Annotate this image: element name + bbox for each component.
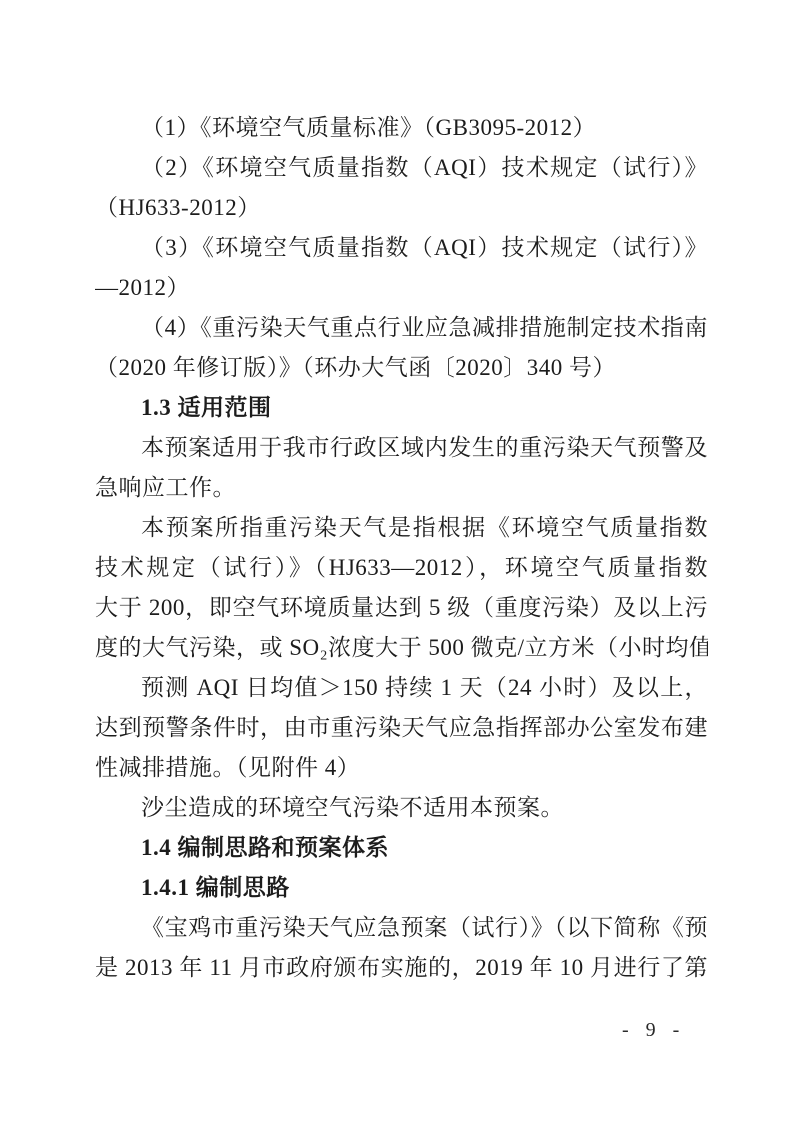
- heading-line: 1.4.1 编制思路: [95, 868, 708, 908]
- text-line: （1）《环境空气质量标准》（GB3095-2012）: [95, 108, 708, 148]
- text-line: （2020 年修订版）》（环办大气函〔2020〕340 号）: [95, 348, 708, 388]
- page-number: - 9 -: [622, 1016, 685, 1044]
- text-line: 沙尘造成的环境空气污染不适用本预案。: [95, 788, 708, 828]
- text-line: 大于 200，即空气环境质量达到 5 级（重度污染）及以上污染程: [95, 588, 708, 628]
- text-line: 技术规定（试行）》（HJ633—2012），环境空气质量指数（AQI）: [95, 548, 708, 588]
- text-line: 本预案所指重污染天气是指根据《环境空气质量指数（AQI）: [95, 508, 708, 548]
- text-line: —2012）: [95, 268, 708, 308]
- text-line: 预测 AQI 日均值＞150 持续 1 天（24 小时）及以上，且未: [95, 668, 708, 708]
- heading-line: 1.3 适用范围: [95, 388, 708, 428]
- text-line: （2）《环境空气质量指数（AQI）技术规定（试行）》: [95, 148, 708, 188]
- text-line: （3）《环境空气质量指数（AQI）技术规定（试行）》（HJ633: [95, 228, 708, 268]
- document-page: （1）《环境空气质量标准》（GB3095-2012）（2）《环境空气质量指数（A…: [0, 0, 800, 1131]
- text-line: 度的大气污染，或 SO₂浓度大于 500 微克/立方米（小时均值）。: [95, 628, 708, 668]
- text-line: （HJ633-2012）: [95, 188, 708, 228]
- document-body: （1）《环境空气质量标准》（GB3095-2012）（2）《环境空气质量指数（A…: [95, 108, 708, 988]
- text-line: 达到预警条件时，由市重污染天气应急指挥部办公室发布建议: [95, 708, 708, 748]
- text-line: 是 2013 年 11 月市政府颁布实施的，2019 年 10 月进行了第六次: [95, 948, 708, 988]
- text-line: 急响应工作。: [95, 468, 708, 508]
- text-line: （4）《重污染天气重点行业应急减排措施制定技术指南: [95, 308, 708, 348]
- heading-line: 1.4 编制思路和预案体系: [95, 828, 708, 868]
- text-line: 本预案适用于我市行政区域内发生的重污染天气预警及应: [95, 428, 708, 468]
- text-line: 性减排措施。（见附件 4）: [95, 748, 708, 788]
- text-line: 《宝鸡市重污染天气应急预案（试行）》（以下简称《预案》）: [95, 908, 708, 948]
